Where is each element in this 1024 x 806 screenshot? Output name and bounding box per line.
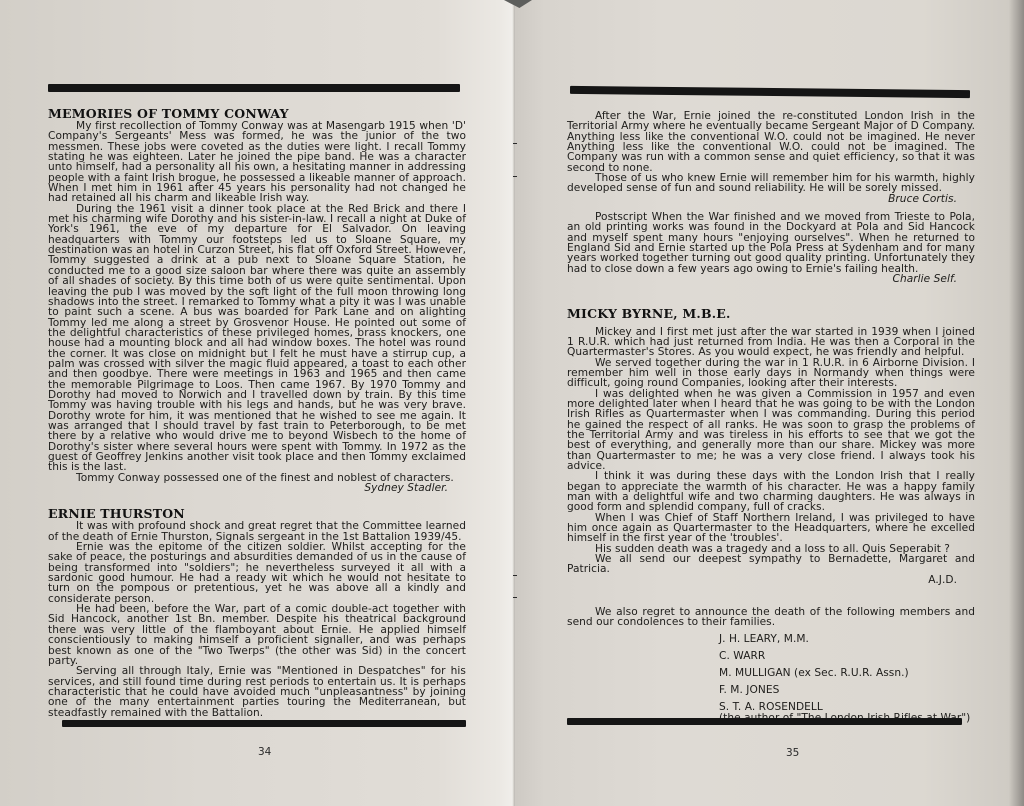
article-paragraph: Ernie was the epitome of the citizen sol… <box>48 542 466 604</box>
obituary-name: C. WARR <box>719 651 975 661</box>
binding-stitch <box>513 176 517 177</box>
article-paragraph: He had been, before the War, part of a c… <box>48 604 466 666</box>
article-paragraph: After the War, Ernie joined the re-const… <box>567 111 975 173</box>
article-paragraph: My first recollection of Tommy Conway wa… <box>48 121 466 204</box>
obituary-name: S. T. A. ROSENDELL <box>719 702 975 712</box>
article-title: MEMORIES OF TOMMY CONWAY <box>48 107 466 121</box>
page-number: 35 <box>786 747 799 759</box>
article-paragraph: We served together during the war in 1 R… <box>567 358 975 389</box>
left-column: MEMORIES OF TOMMY CONWAY My first recoll… <box>48 107 466 718</box>
left-page: MEMORIES OF TOMMY CONWAY My first recoll… <box>0 0 514 806</box>
bottom-rule <box>62 720 466 727</box>
article-paragraph: When I was Chief of Staff Northern Irela… <box>567 513 975 544</box>
obituary-name: J. H. LEARY, M.M. <box>719 634 975 644</box>
obituary-intro: We also regret to announce the death of … <box>567 607 975 628</box>
article-paragraph: Mickey and I first met just after the wa… <box>567 327 975 358</box>
page-number: 34 <box>258 746 271 758</box>
book-spread: MEMORIES OF TOMMY CONWAY My first recoll… <box>0 0 1024 806</box>
article-paragraph: During the 1961 visit a dinner took plac… <box>48 204 466 473</box>
binding-stitch <box>513 597 517 598</box>
article-paragraph: We all send our deepest sympathy to Bern… <box>567 554 975 575</box>
postscript-paragraph: Postscript When the War finished and we … <box>567 212 975 274</box>
obituary-names-list: J. H. LEARY, M.M. C. WARR M. MULLIGAN (e… <box>719 634 975 723</box>
author-signature: Bruce Cortis. <box>567 194 975 204</box>
top-rule <box>48 84 460 92</box>
article-paragraph: It was with profound shock and great reg… <box>48 521 466 542</box>
article-paragraph: Serving all through Italy, Ernie was "Me… <box>48 666 466 718</box>
obituary-name: F. M. JONES <box>719 685 975 695</box>
binding-stitch <box>513 143 517 144</box>
bottom-rule <box>567 718 962 725</box>
article-title: ERNIE THURSTON <box>48 507 466 521</box>
article-paragraph: I think it was during these days with th… <box>567 471 975 512</box>
article-paragraph: Those of us who knew Ernie will remember… <box>567 173 975 194</box>
article-paragraph: I was delighted when he was given a Comm… <box>567 389 975 472</box>
right-page: After the War, Ernie joined the re-const… <box>514 0 1024 806</box>
author-signature: Charlie Self. <box>567 274 975 284</box>
top-rule <box>570 86 970 98</box>
author-signature: Sydney Stadler. <box>48 483 466 493</box>
binding-stitch <box>513 575 517 576</box>
article-title: MICKY BYRNE, M.B.E. <box>567 307 975 321</box>
obituary-name: M. MULLIGAN (ex Sec. R.U.R. Assn.) <box>719 668 975 678</box>
right-column: After the War, Ernie joined the re-const… <box>567 111 975 730</box>
book-spine <box>512 0 515 806</box>
author-signature: A.J.D. <box>567 575 975 585</box>
